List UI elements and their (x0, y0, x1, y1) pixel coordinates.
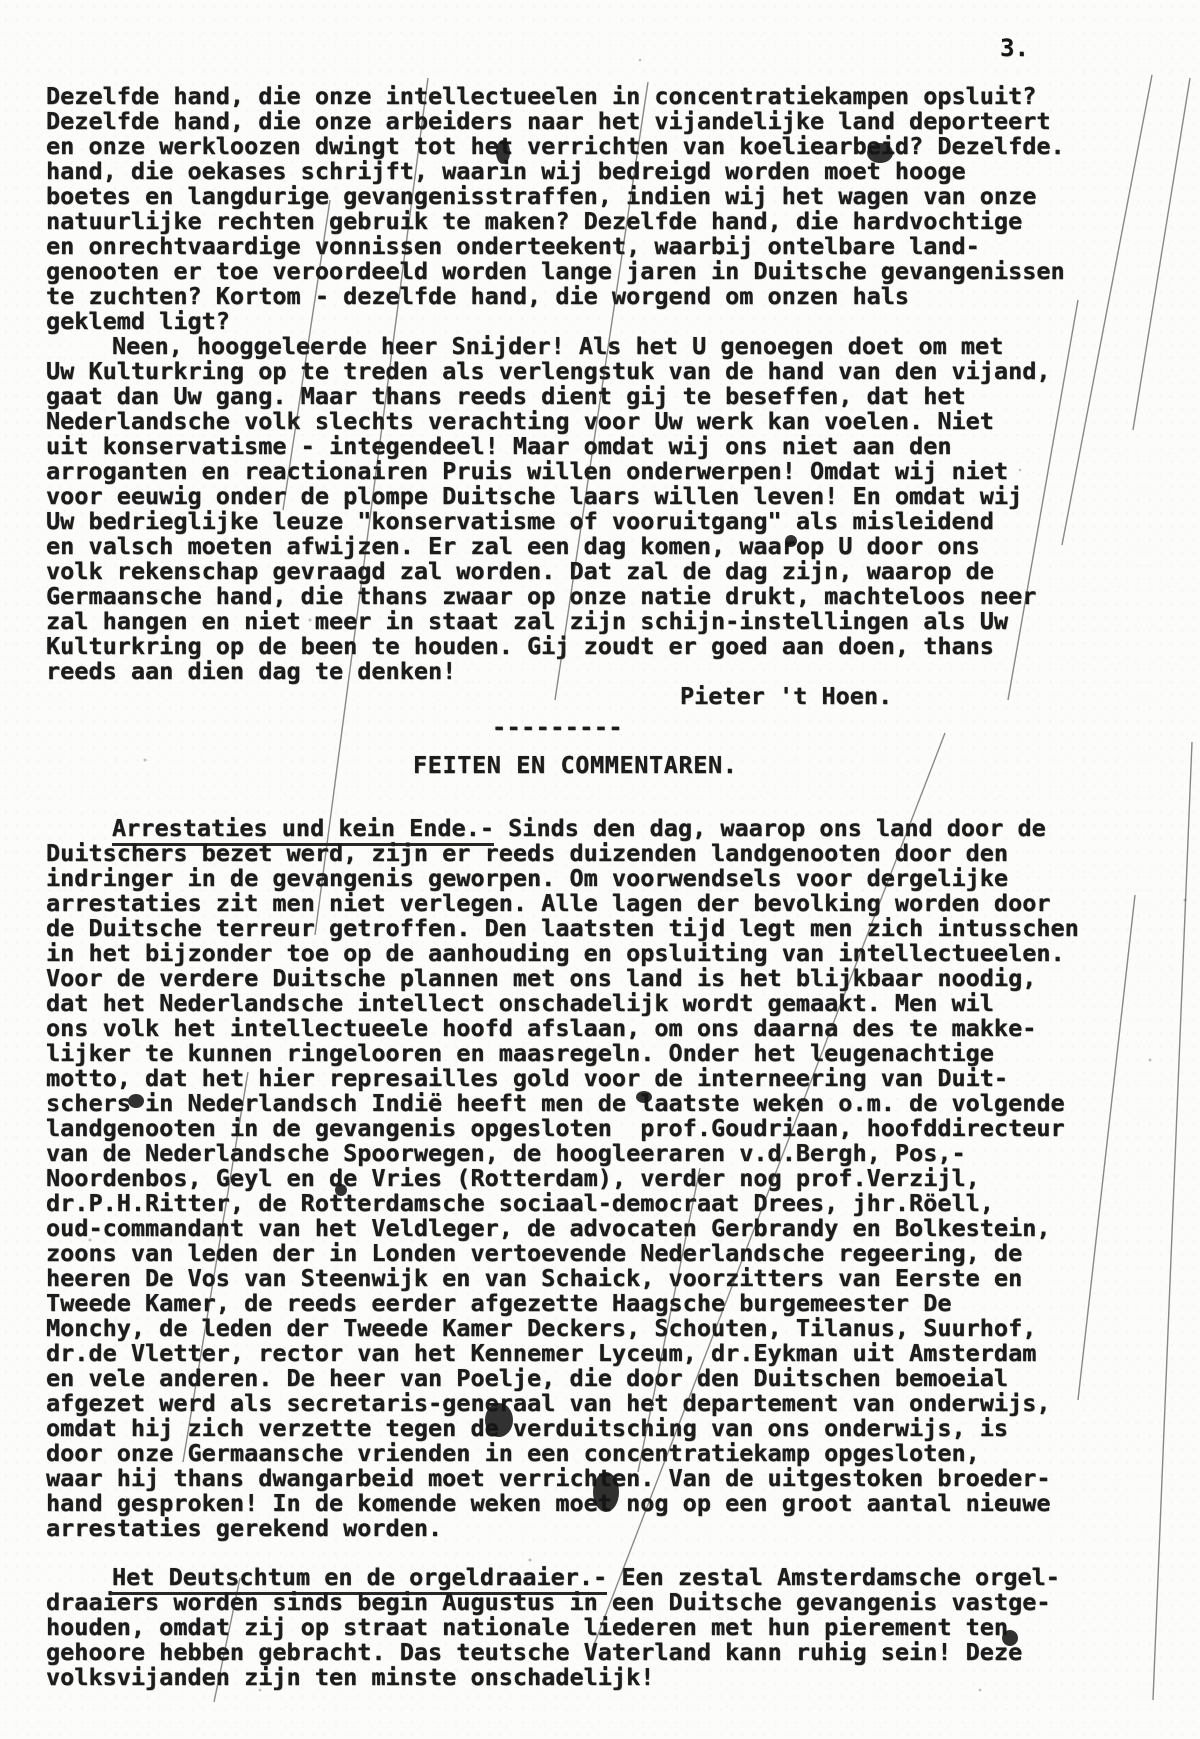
text-line: draaiers worden sinds begin Augustus in … (46, 1590, 1116, 1615)
text-line: schers in Nederlandsch Indië heeft men d… (46, 1091, 1116, 1116)
text-line: Het Deutschtum en de orgeldraaier.- Een … (46, 1565, 1116, 1590)
paragraph: Neen, hooggeleerde heer Snijder! Als het… (46, 334, 1116, 684)
paragraph: Het Deutschtum en de orgeldraaier.- Een … (46, 1565, 1116, 1690)
text-line: door onze Germaansche vrienden in een co… (46, 1441, 1116, 1466)
text-line: arroganten en reactionairen Pruis willen… (46, 459, 1116, 484)
text-line: Dezelfde hand, die onze intellectueelen … (46, 84, 1116, 109)
text-line: heeren De Vos van Steenwijk en van Schai… (46, 1266, 1116, 1291)
text-line: Germaansche hand, die thans zwaar op onz… (46, 584, 1116, 609)
text-line: volksvijanden zijn ten minste onschadeli… (46, 1665, 1116, 1690)
text-line: en valsch moeten afwijzen. Er zal een da… (46, 534, 1116, 559)
text-line: zoons van leden der in Londen vertoevend… (46, 1241, 1116, 1266)
text-line: Uw Kulturkring op te treden als verlengs… (46, 359, 1116, 384)
text-line: en onrechtvaardige vonnissen onderteeken… (46, 234, 1116, 259)
text-line: indringer in de gevangenis geworpen. Om … (46, 866, 1116, 891)
text-line: arrestaties zit men niet verlegen. Alle … (46, 891, 1116, 916)
text-line: en vele anderen. De heer van Poelje, die… (46, 1366, 1116, 1391)
text-line: motto, dat het hier represailles gold vo… (46, 1066, 1116, 1091)
text-line: Nederlandsche volk slechts verachting vo… (46, 409, 1116, 434)
text-line: dat het Nederlandsche intellect onschade… (46, 991, 1116, 1016)
text-line: arrestaties gerekend worden. (46, 1516, 1116, 1541)
text-line: Dezelfde hand, die onze arbeiders naar h… (46, 109, 1116, 134)
text-line: afgezet werd als secretaris-generaal van… (46, 1391, 1116, 1416)
text-line: dr.P.H.Ritter, de Rotterdamsche sociaal-… (46, 1191, 1116, 1216)
text-line: in het bijzonder toe op de aanhouding en… (46, 941, 1116, 966)
page-number: 3. (1000, 34, 1029, 62)
text-line: waar hij thans dwangarbeid moet verricht… (46, 1466, 1116, 1491)
dash-separator: --------- (492, 715, 1116, 740)
text-line: gaat dan Uw gang. Maar thans reeds dient… (46, 384, 1116, 409)
text-line: Tweede Kamer, de reeds eerder afgezette … (46, 1291, 1116, 1316)
text-line: Monchy, de leden der Tweede Kamer Decker… (46, 1316, 1116, 1341)
text-line: van de Nederlandsche Spoorwegen, de hoog… (46, 1141, 1116, 1166)
text-line: Duitschers bezet werd, zijn er reeds dui… (46, 841, 1116, 866)
text-line: hand gesproken! In de komende weken moet… (46, 1491, 1116, 1516)
document-page: 3. Dezelfde hand, die onze intellectueel… (0, 0, 1200, 1739)
text-line: omdat hij zich verzette tegen de verduit… (46, 1416, 1116, 1441)
text-line: genooten er toe veroordeeld worden lange… (46, 259, 1116, 284)
text-line: landgenooten in de gevangenis opgesloten… (46, 1116, 1116, 1141)
paragraph: Dezelfde hand, die onze intellectueelen … (46, 84, 1116, 334)
text-line: geklemd ligt? (46, 309, 1116, 334)
text-line: ons volk het intellectueele hoofd afslaa… (46, 1016, 1116, 1041)
text-line: natuurlijke rechten gebruik te maken? De… (46, 209, 1116, 234)
text-line: houden, omdat zij op straat nationale li… (46, 1615, 1116, 1640)
section-heading: FEITEN EN COMMENTAREN. (413, 753, 1116, 778)
paragraph: Arrestaties und kein Ende.- Sinds den da… (46, 816, 1116, 1541)
text-line: gehoore hebben gebracht. Das teutsche Va… (46, 1640, 1116, 1665)
text-line: te zuchten? Kortom - dezelfde hand, die … (46, 284, 1116, 309)
text-line: de Duitsche terreur getroffen. Den laats… (46, 916, 1116, 941)
text-line: dr.de Vletter, rector van het Kennemer L… (46, 1341, 1116, 1366)
text-line: en onze werkloozen dwingt tot het verric… (46, 134, 1116, 159)
text-line: oud-commandant van het Veldleger, de adv… (46, 1216, 1116, 1241)
text-line: Neen, hooggeleerde heer Snijder! Als het… (46, 334, 1116, 359)
text-line: Uw bedrieglijke leuze "konservatisme of … (46, 509, 1116, 534)
signature: Pieter 't Hoen. (680, 684, 1116, 709)
text-line: uit konservatisme - integendeel! Maar om… (46, 434, 1116, 459)
text-line: lijker te kunnen ringelooren en maasrege… (46, 1041, 1116, 1066)
document-body: Dezelfde hand, die onze intellectueelen … (46, 84, 1116, 1690)
text-line: reeds aan dien dag te denken! (46, 659, 1116, 684)
text-line: Arrestaties und kein Ende.- Sinds den da… (46, 816, 1116, 841)
text-line: hand, die oekases schrijft, waarin wij b… (46, 159, 1116, 184)
text-line: volk rekenschap gevraagd zal worden. Dat… (46, 559, 1116, 584)
text-line: Kulturkring op de been te houden. Gij zo… (46, 634, 1116, 659)
text-line: Noordenbos, Geyl en de Vries (Rotterdam)… (46, 1166, 1116, 1191)
text-line: Voor de verdere Duitsche plannen met ons… (46, 966, 1116, 991)
text-line: voor eeuwig onder de plompe Duitsche laa… (46, 484, 1116, 509)
text-line: boetes en langdurige gevangenisstraffen,… (46, 184, 1116, 209)
text-line: zal hangen en niet meer in staat zal zij… (46, 609, 1116, 634)
